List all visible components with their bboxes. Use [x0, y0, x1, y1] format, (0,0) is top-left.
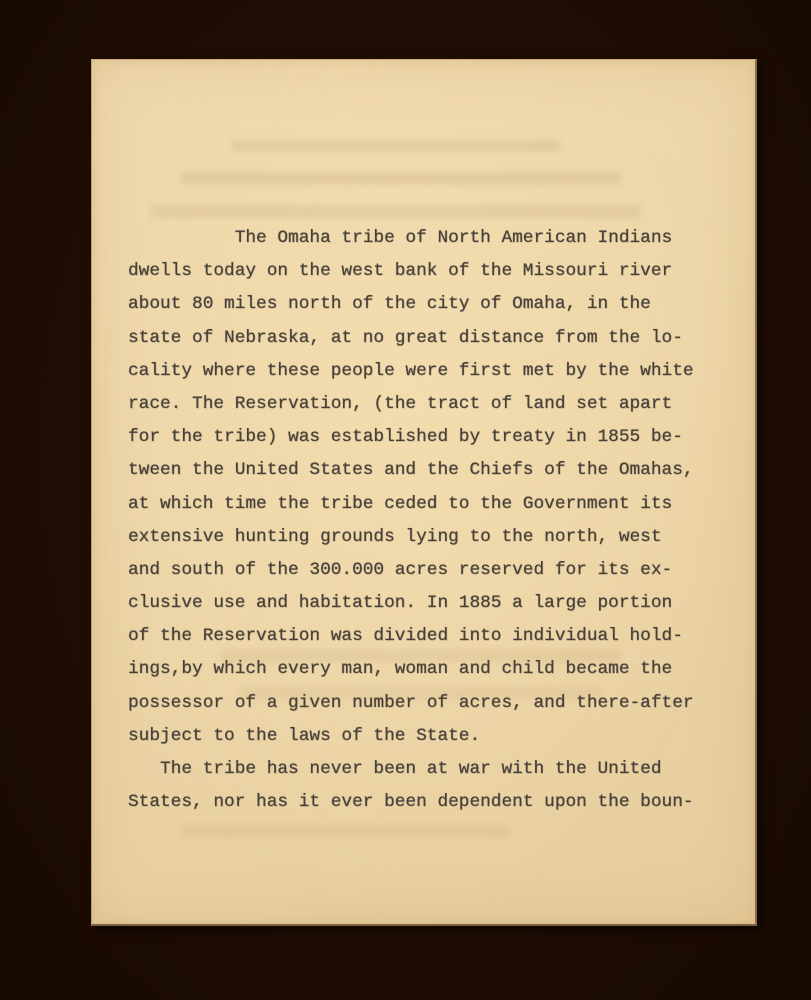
typewritten-text-block: The Omaha tribe of North American Indian…	[128, 222, 728, 819]
text-line: clusive use and habitation. In 1885 a la…	[128, 587, 728, 620]
document-page: The Omaha tribe of North American Indian…	[91, 59, 757, 926]
text-line: possessor of a given number of acres, an…	[128, 687, 728, 720]
text-line: and south of the 300.000 acres reserved …	[128, 554, 728, 587]
text-line: of the Reservation was divided into indi…	[128, 620, 728, 653]
text-line: States, nor has it ever been dependent u…	[128, 786, 728, 819]
text-line: ings,by which every man, woman and child…	[128, 653, 728, 686]
text-line: subject to the laws of the State.	[128, 720, 728, 753]
text-line: state of Nebraska, at no great distance …	[128, 322, 728, 355]
text-line: race. The Reservation, (the tract of lan…	[128, 388, 728, 421]
text-line: cality where these people were first met…	[128, 355, 728, 388]
text-line: at which time the tribe ceded to the Gov…	[128, 488, 728, 521]
text-line: about 80 miles north of the city of Omah…	[128, 288, 728, 321]
text-line: tween the United States and the Chiefs o…	[128, 454, 728, 487]
text-line: extensive hunting grounds lying to the n…	[128, 521, 728, 554]
text-line: The tribe has never been at war with the…	[128, 753, 728, 786]
bleedthrough-smudge	[151, 205, 641, 218]
text-line: for the tribe) was established by treaty…	[128, 421, 728, 454]
bleedthrough-smudge	[231, 140, 561, 152]
bleedthrough-smudge	[181, 172, 621, 185]
bleedthrough-smudge	[181, 825, 511, 837]
text-line: dwells today on the west bank of the Mis…	[128, 255, 728, 288]
text-line: The Omaha tribe of North American Indian…	[128, 222, 728, 255]
photo-background: The Omaha tribe of North American Indian…	[0, 0, 811, 1000]
